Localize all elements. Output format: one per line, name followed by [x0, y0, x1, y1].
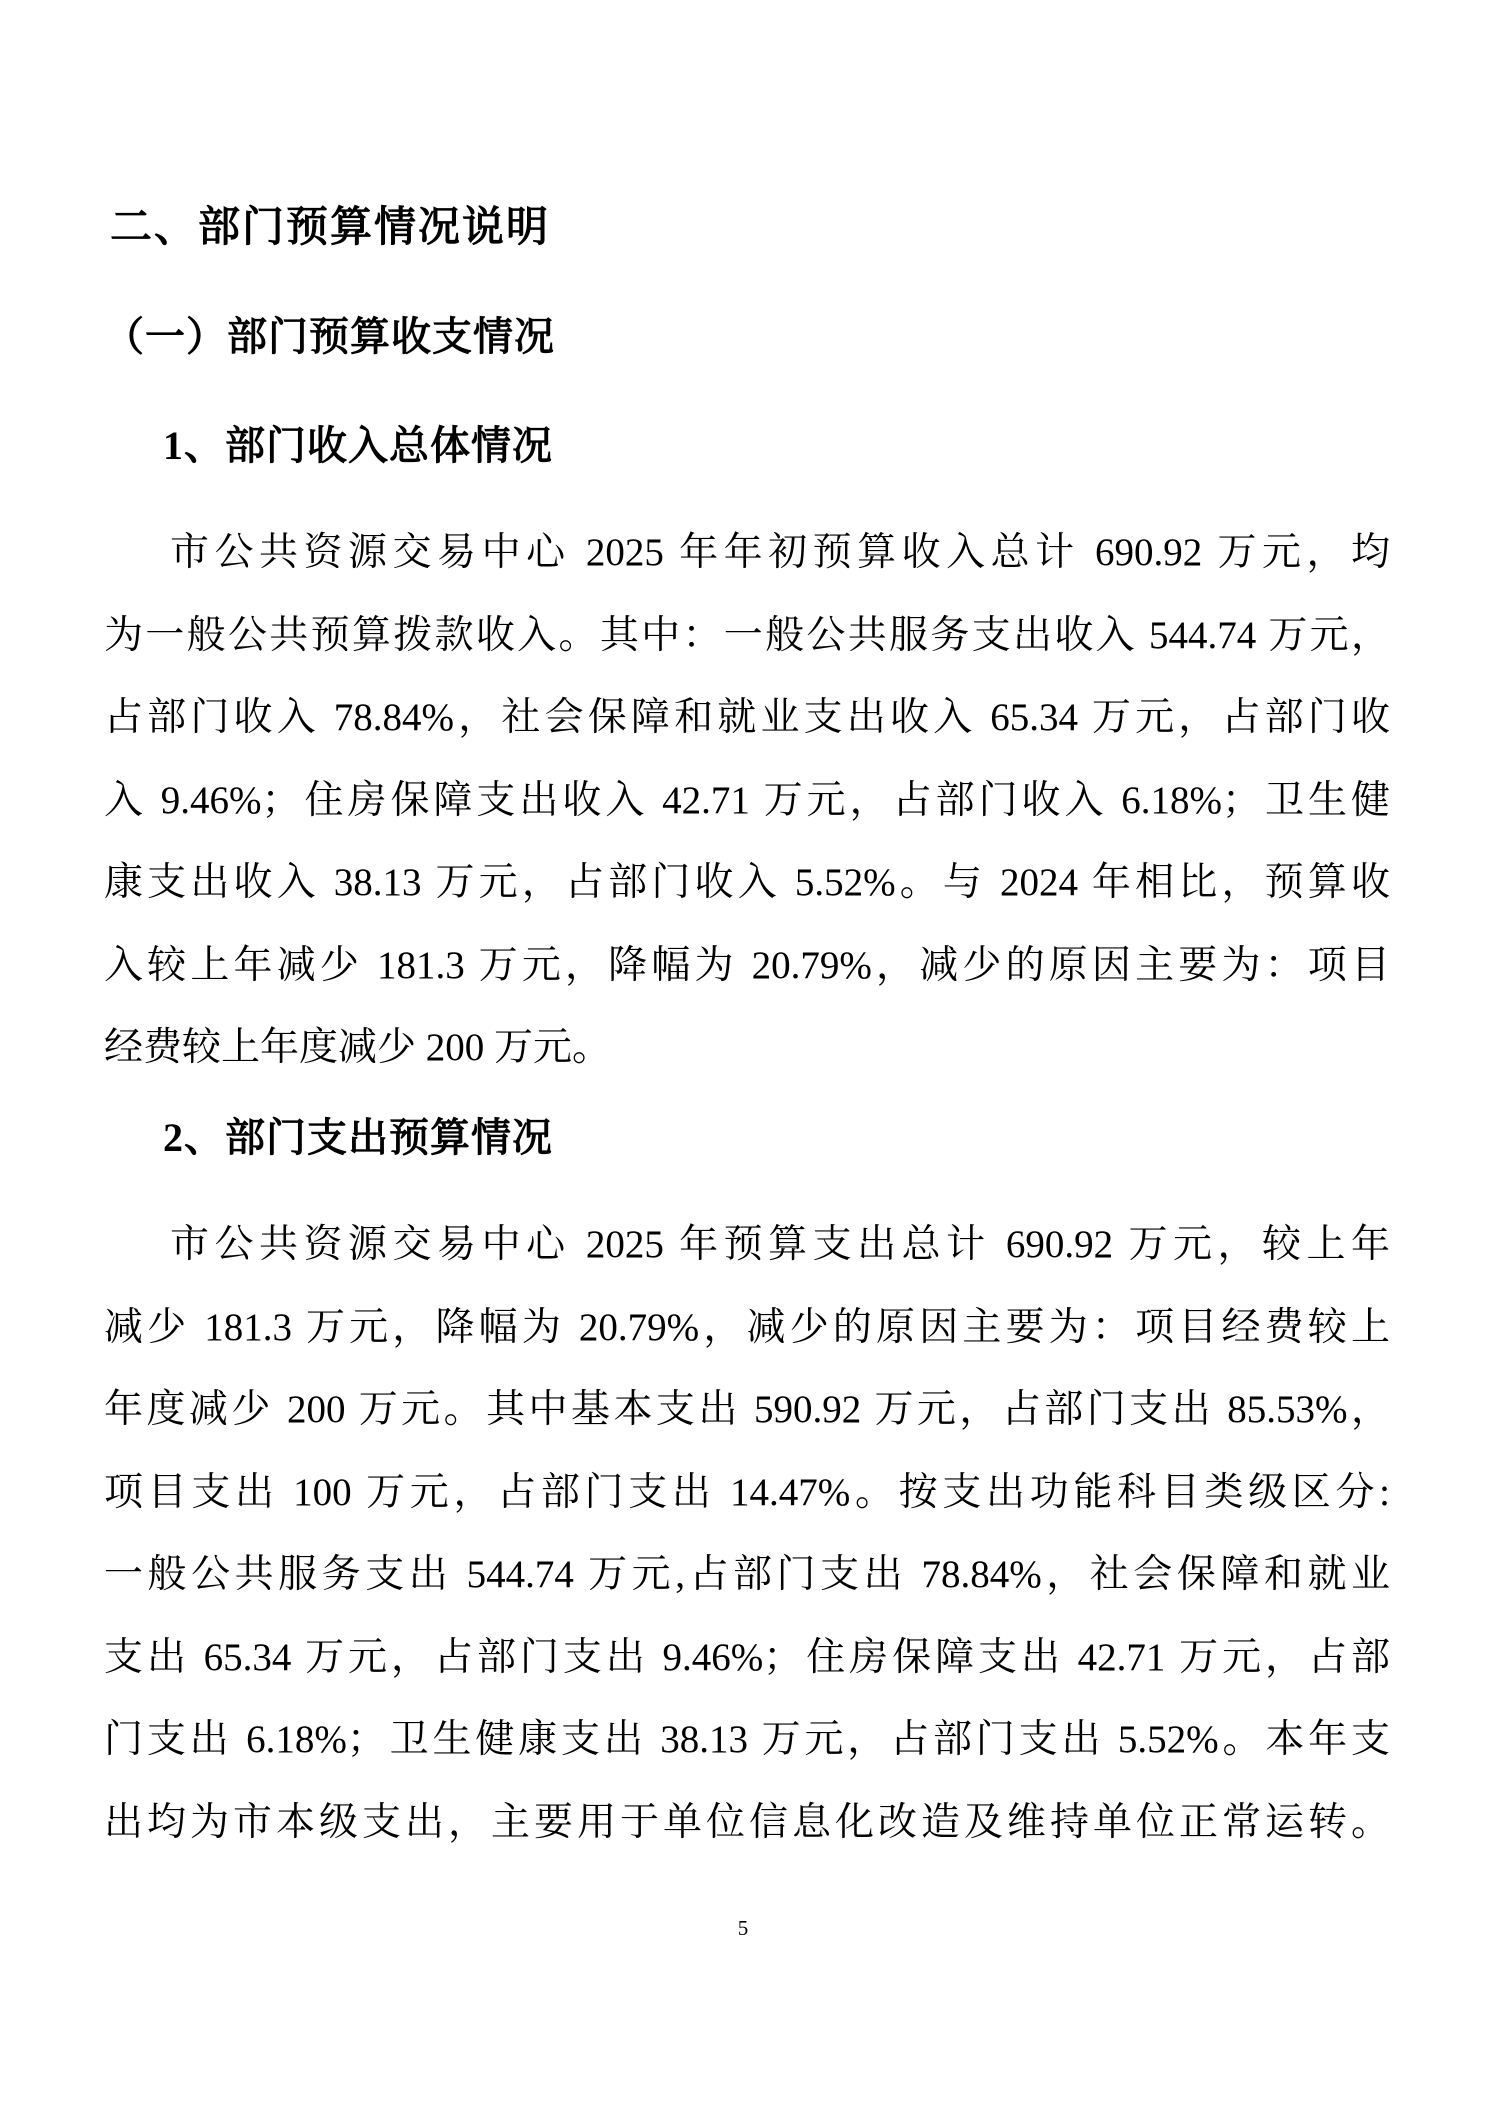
expense-paragraph-line: 减少 181.3 万元，降幅为 20.79%，减少的原因主要为：项目经费较上: [104, 1287, 1390, 1370]
income-paragraph-line: 为一般公共预算拨款收入。其中：一般公共服务支出收入 544.74 万元，: [104, 595, 1390, 678]
subsection-heading: （一）部门预算收支情况: [104, 305, 555, 362]
income-paragraph-line: 市公共资源交易中心 2025 年年初预算收入总计 690.92 万元，均: [104, 512, 1390, 595]
expense-paragraph-line: 项目支出 100 万元，占部门支出 14.47%。按支出功能科目类级区分:: [104, 1452, 1390, 1535]
income-paragraph-line: 占部门收入 78.84%，社会保障和就业支出收入 65.34 万元，占部门收: [104, 677, 1390, 760]
expense-paragraph-line: 支出 65.34 万元，占部门支出 9.46%；住房保障支出 42.71 万元，…: [104, 1617, 1390, 1700]
expense-paragraph-line: 出均为市本级支出，主要用于单位信息化改造及维持单位正常运转。: [104, 1782, 1390, 1865]
income-paragraph-line: 经费较上年度减少 200 万元。: [104, 1007, 1390, 1090]
document-page: 二、部门预算情况说明 （一）部门预算收支情况 1、部门收入总体情况 市公共资源交…: [0, 0, 1486, 2103]
income-paragraph: 市公共资源交易中心 2025 年年初预算收入总计 690.92 万元，均 为一般…: [104, 512, 1390, 1090]
expense-paragraph-line: 一般公共服务支出 544.74 万元,占部门支出 78.84%，社会保障和就业: [104, 1534, 1390, 1617]
income-heading: 1、部门收入总体情况: [163, 414, 553, 471]
page-number: 5: [0, 1916, 1486, 1941]
income-paragraph-line: 康支出收入 38.13 万元，占部门收入 5.52%。与 2024 年相比，预算…: [104, 842, 1390, 925]
section-heading: 二、部门预算情况说明: [110, 194, 550, 254]
expense-paragraph-line: 市公共资源交易中心 2025 年预算支出总计 690.92 万元，较上年: [104, 1204, 1390, 1287]
expense-paragraph-line: 年度减少 200 万元。其中基本支出 590.92 万元，占部门支出 85.53…: [104, 1369, 1390, 1452]
expense-paragraph: 市公共资源交易中心 2025 年预算支出总计 690.92 万元，较上年 减少 …: [104, 1204, 1390, 1864]
income-paragraph-line: 入较上年减少 181.3 万元，降幅为 20.79%，减少的原因主要为：项目: [104, 925, 1390, 1008]
expense-paragraph-line: 门支出 6.18%；卫生健康支出 38.13 万元，占部门支出 5.52%。本年…: [104, 1699, 1390, 1782]
expense-heading: 2、部门支出预算情况: [163, 1106, 553, 1163]
income-paragraph-line: 入 9.46%；住房保障支出收入 42.71 万元，占部门收入 6.18%；卫生…: [104, 760, 1390, 843]
